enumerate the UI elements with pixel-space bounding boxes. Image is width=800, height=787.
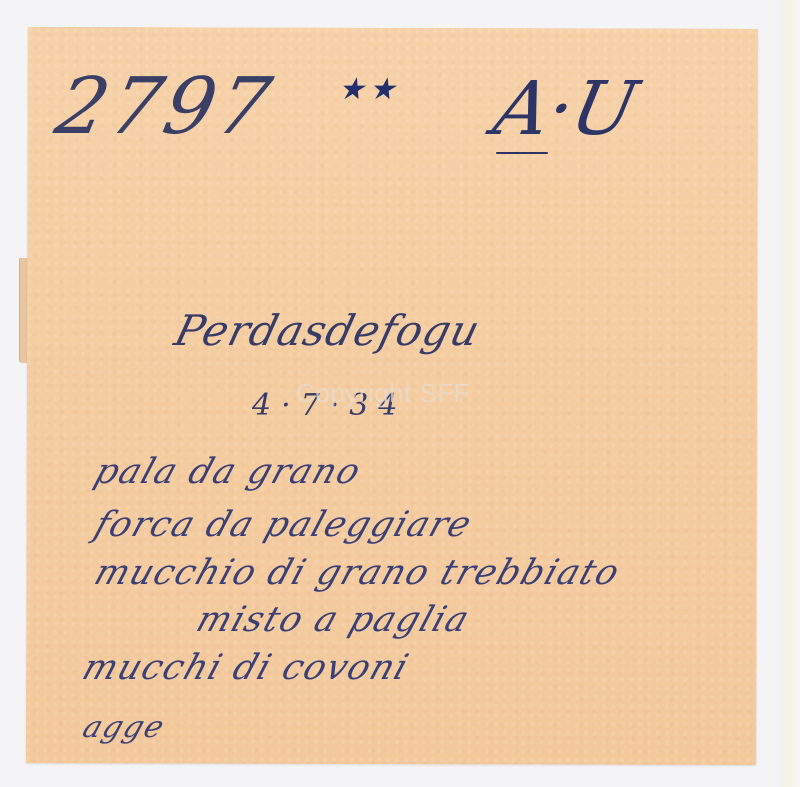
description-line: forca da paleggiare (90, 505, 478, 545)
adjacent-card-edge (780, 0, 800, 787)
catalog-number: 2797 (48, 62, 282, 152)
description-line: mucchio di grano trebbiato (90, 553, 626, 593)
signature: agge (78, 710, 169, 745)
description-line: pala da grano (90, 452, 367, 492)
description-line: misto a paglia (192, 600, 476, 640)
description-line: mucchi di covoni (78, 648, 415, 688)
author-initials: A·U (487, 66, 645, 152)
place-name: Perdasdefogu (170, 306, 486, 355)
star-marks-icon: ★★ (338, 72, 400, 107)
initials-underline (496, 152, 548, 154)
copyright-watermark: Copyright SFF (296, 378, 470, 409)
